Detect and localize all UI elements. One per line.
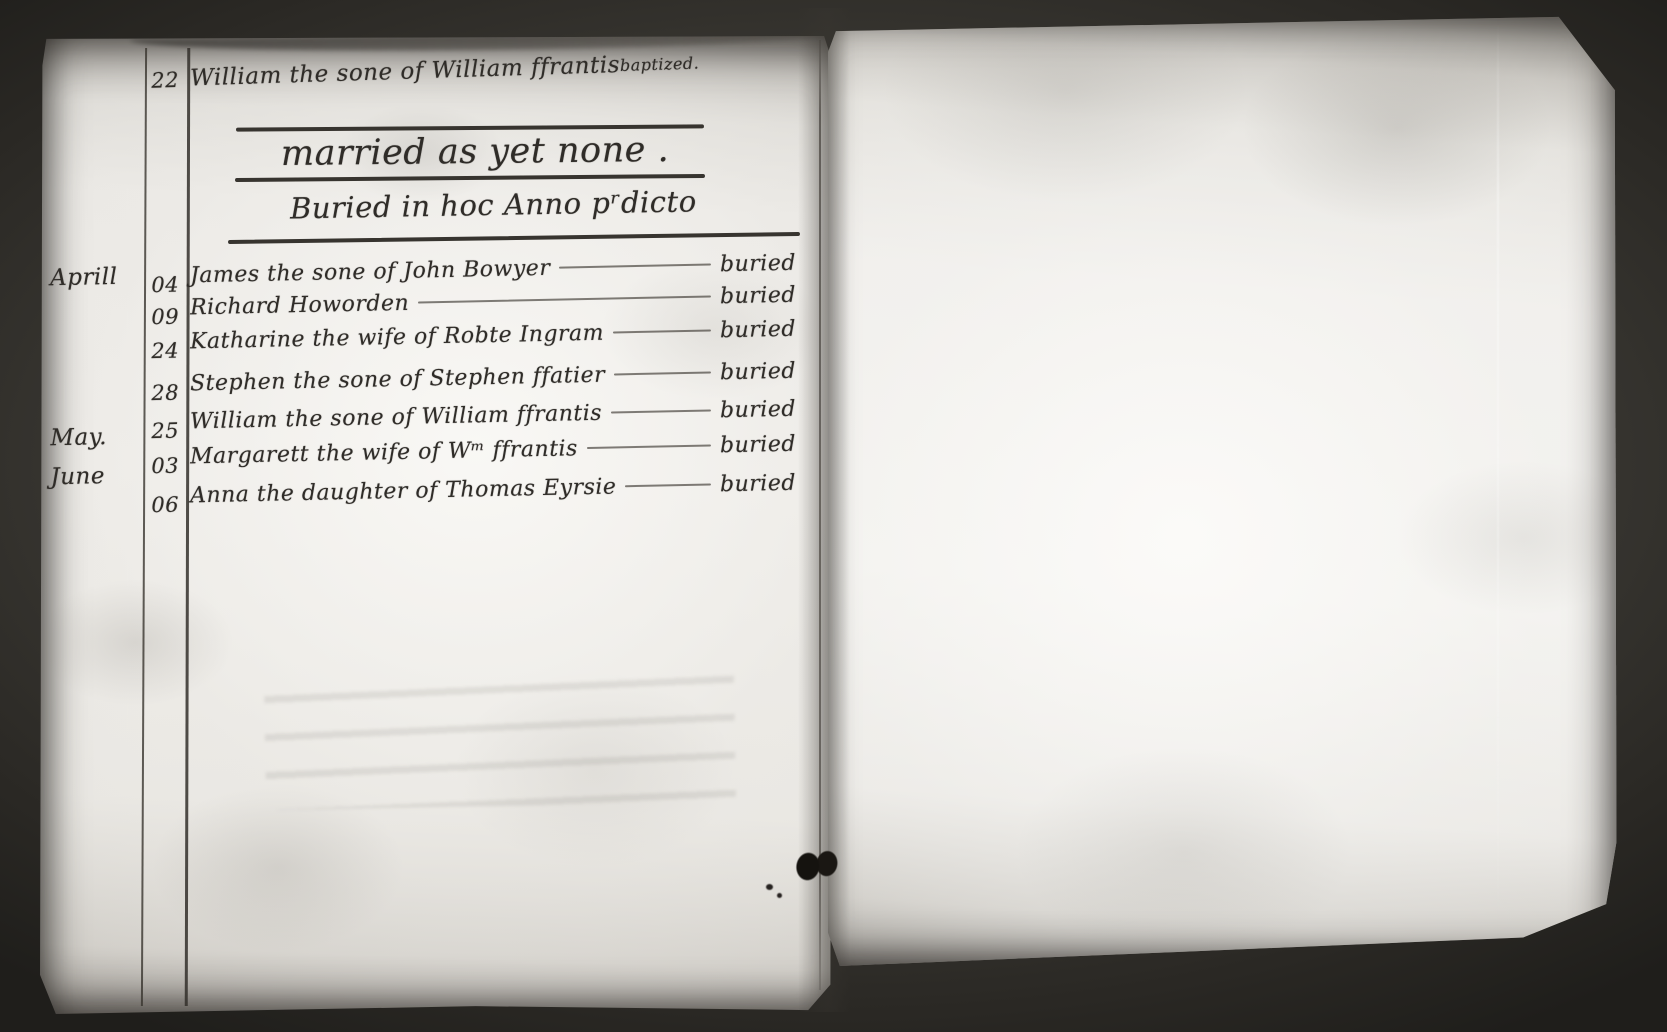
month-label: June <box>50 462 147 490</box>
entry-connector-line <box>614 371 711 375</box>
paper-mottling <box>828 14 1618 966</box>
married-heading-rule-bottom <box>235 174 705 182</box>
ink-blot <box>777 893 782 898</box>
burial-status: buried <box>720 431 796 458</box>
buried-heading-rule <box>228 232 800 243</box>
burial-entry-text: Anna the daughter of Thomas Eyrsie <box>190 474 617 508</box>
entry-connector-line <box>611 409 711 413</box>
day-number: 28 <box>144 380 186 405</box>
month-label: Aprill <box>50 263 147 291</box>
burial-status: buried <box>720 250 796 277</box>
burial-entry-text: William the sone of William ffrantis <box>190 400 602 434</box>
manuscript-photo: 22 William the sone of William ffrantis … <box>0 0 1667 1032</box>
page-crease <box>1497 22 1499 942</box>
month-label <box>50 299 146 301</box>
buried-heading: Buried in hoc Anno pʳdicto <box>290 185 686 226</box>
married-heading: married as yet none . <box>265 130 685 174</box>
burial-entry-row: 28 Stephen the sone of Stephen ffatier b… <box>190 356 796 399</box>
entry-connector-line <box>418 295 711 303</box>
day-number: 24 <box>144 338 186 363</box>
baptism-entry-row: 22 William the sone of William ffrantis … <box>190 45 795 94</box>
month-label <box>50 375 146 377</box>
entry-connector-line <box>613 329 711 333</box>
burial-status: buried <box>720 358 796 385</box>
burial-status: buried <box>720 396 796 423</box>
margin-rule-left <box>141 48 147 1006</box>
burial-status: buried <box>720 282 796 309</box>
entry-connector-line <box>559 263 711 268</box>
day-number: 25 <box>144 418 186 443</box>
ink-bleedthrough <box>264 672 736 810</box>
baptism-entry-text: William the sone of William ffrantis <box>190 52 621 91</box>
burial-entry-text: Stephen the sone of Stephen ffatier <box>190 362 606 396</box>
margin-rule-right <box>185 48 190 1006</box>
baptism-status: baptized. <box>620 53 700 74</box>
left-page: 22 William the sone of William ffrantis … <box>40 36 832 1014</box>
burial-status: buried <box>720 470 796 497</box>
entry-connector-line <box>625 483 711 487</box>
burial-entry-text: Margarett the wife of Wᵐ ffrantis <box>190 436 578 469</box>
day-number: 09 <box>144 304 186 329</box>
burial-entry-text: Katharine the wife of Robte Ingram <box>190 320 604 354</box>
binding-stitch-knot <box>792 839 842 891</box>
burial-entry-text: Richard Howorden <box>190 290 410 320</box>
day-number: 04 <box>144 272 186 297</box>
entry-connector-line <box>587 444 711 449</box>
right-page <box>828 14 1618 966</box>
burial-entry-row: June 03 Margarett the wife of Wᵐ ffranti… <box>190 429 796 472</box>
burial-status: buried <box>720 316 796 343</box>
day-number: 06 <box>144 492 186 517</box>
month-label: May. <box>50 423 147 451</box>
burial-entry-text: James the sone of John Bowyer <box>190 255 551 288</box>
baptism-day: 22 <box>144 68 187 93</box>
burial-entry-row: 06 Anna the daughter of Thomas Eyrsie bu… <box>190 468 796 511</box>
month-label <box>50 333 146 335</box>
day-number: 03 <box>144 453 186 478</box>
ink-blot <box>766 884 773 890</box>
paper-mottling <box>40 36 832 1014</box>
